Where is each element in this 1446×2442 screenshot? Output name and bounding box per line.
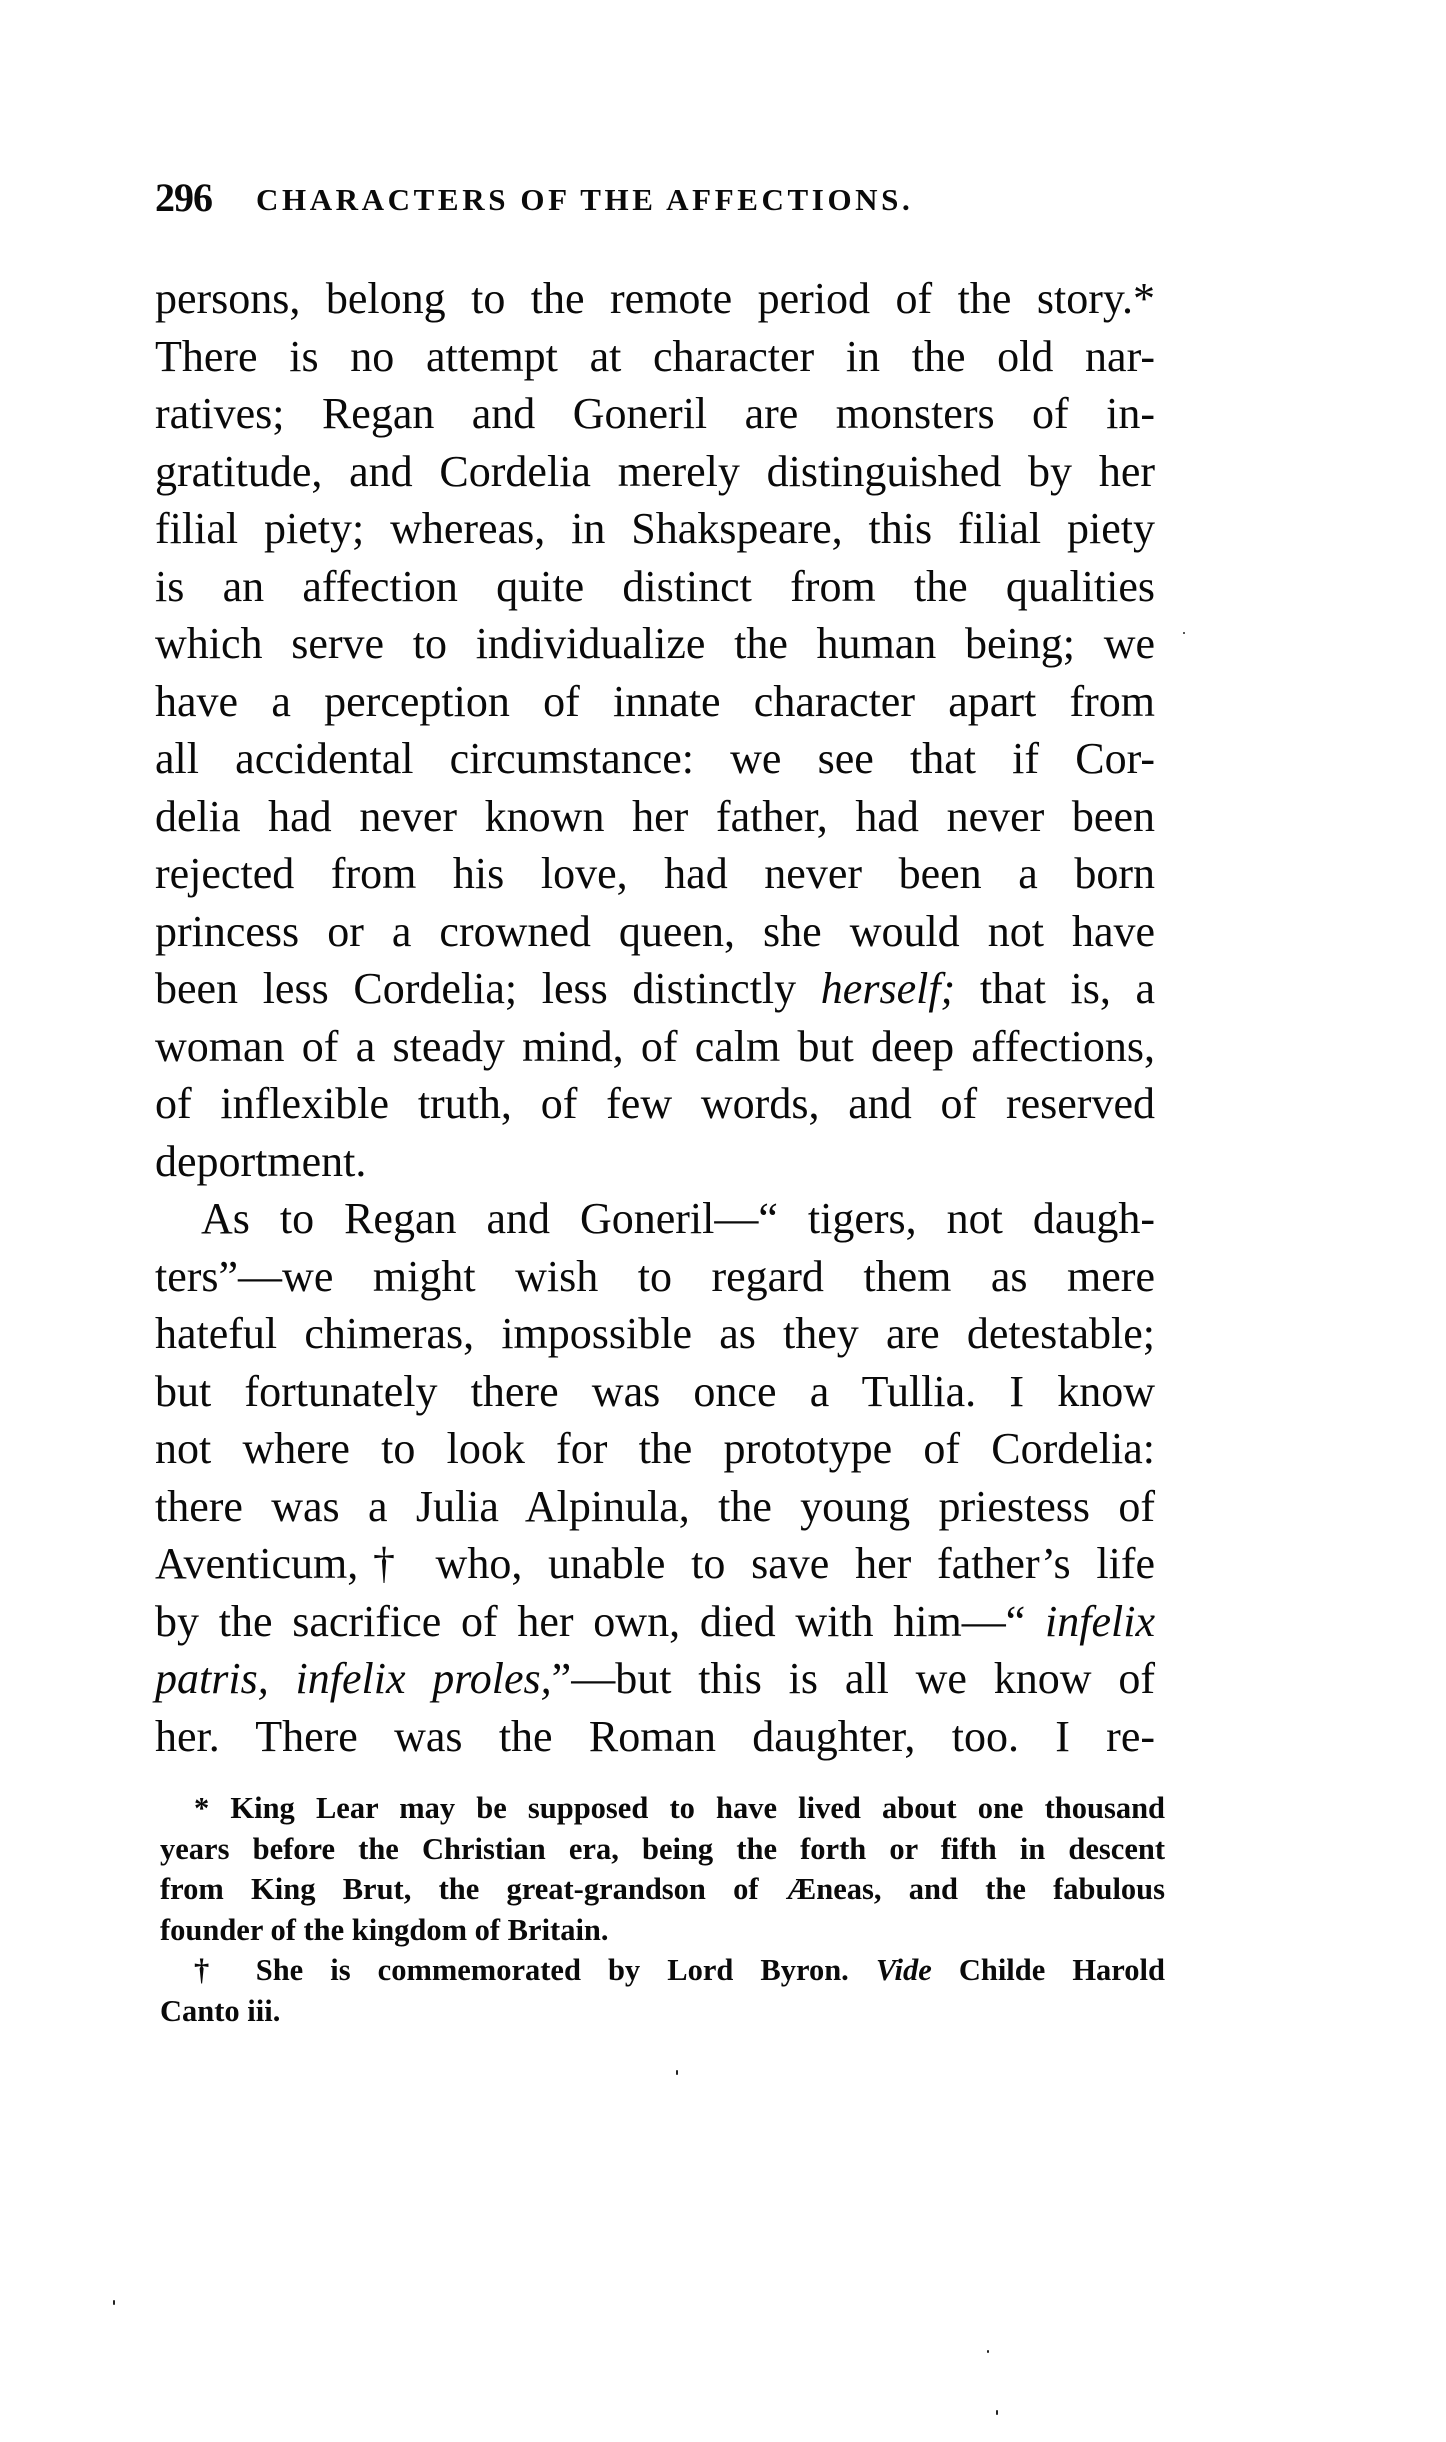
page-number: 296	[155, 176, 212, 220]
footnote-line: years before the Christian era, being th…	[160, 1829, 1165, 1870]
body-line: woman of a steady mind, of calm but deep…	[155, 1018, 1155, 1076]
latin-quotation: infelix	[1045, 1597, 1155, 1646]
body-line: but fortunately there was once a Tullia.…	[155, 1363, 1155, 1421]
body-line: by the sacrifice of her own, died with h…	[155, 1593, 1155, 1651]
body-line-paragraph-start: As to Regan and Goneril—“ tigers, not da…	[155, 1190, 1155, 1248]
body-line: been less Cordelia; less distinctly hers…	[155, 960, 1155, 1018]
body-line: there was a Julia Alpinula, the young pr…	[155, 1478, 1155, 1536]
body-line: patris, infelix proles,”—but this is all…	[155, 1650, 1155, 1708]
body-line: of inflexible truth, of few words, and o…	[155, 1075, 1155, 1133]
body-line: There is no attempt at character in the …	[155, 328, 1155, 386]
body-line: rejected from his love, had never been a…	[155, 845, 1155, 903]
footnote-dagger: † She is commemorated by Lord Byron. Vid…	[160, 1950, 1165, 1991]
body-line-paragraph-end: deportment.	[155, 1133, 1155, 1191]
body-line: her. There was the Roman daughter, too. …	[155, 1708, 1155, 1766]
running-head: 296 CHARACTERS OF THE AFFECTIONS.	[155, 176, 1155, 220]
italic-emphasis: herself;	[821, 964, 955, 1013]
running-title: CHARACTERS OF THE AFFECTIONS.	[256, 178, 913, 222]
body-text: persons, belong to the remote period of …	[155, 270, 1155, 1765]
body-line: persons, belong to the remote period of …	[155, 270, 1155, 328]
footnote-line: from King Brut, the great-grandson of Æn…	[160, 1869, 1165, 1910]
body-line: delia had never known her father, had ne…	[155, 788, 1155, 846]
body-line: princess or a crowned queen, she would n…	[155, 903, 1155, 961]
footnote-asterisk: * King Lear may be supposed to have live…	[160, 1788, 1165, 1829]
body-line: Aventicum,† who, unable to save her fath…	[155, 1535, 1155, 1593]
body-line: hateful chimeras, impossible as they are…	[155, 1305, 1155, 1363]
footnotes: * King Lear may be supposed to have live…	[160, 1788, 1165, 2031]
body-text-span: by the sacrifice of her own, died with h…	[155, 1597, 1045, 1646]
footnote-text-span: Childe Harold	[932, 1953, 1165, 1987]
book-page: 296 CHARACTERS OF THE AFFECTIONS. person…	[0, 0, 1446, 2442]
body-line: filial piety; whereas, in Shakspeare, th…	[155, 500, 1155, 558]
footnote-line: founder of the kingdom of Britain.	[160, 1910, 1165, 1951]
scan-speck	[1183, 632, 1185, 634]
body-line: ters”—we might wish to regard them as me…	[155, 1248, 1155, 1306]
scan-speck	[996, 2410, 998, 2415]
footnote-text-span: † She is commemorated by Lord Byron.	[194, 1953, 876, 1987]
body-line: which serve to individualize the human b…	[155, 615, 1155, 673]
body-line: not where to look for the prototype of C…	[155, 1420, 1155, 1478]
scan-speck	[113, 2300, 115, 2305]
body-line: is an affection quite distinct from the …	[155, 558, 1155, 616]
scan-speck	[676, 2070, 678, 2075]
body-text-span: ”—but this is all we know of	[552, 1654, 1155, 1703]
footnote-line: Canto iii.	[160, 1991, 1165, 2032]
scan-speck	[987, 2350, 989, 2353]
latin-quotation: patris, infelix proles,	[155, 1654, 552, 1703]
body-line: gratitude, and Cordelia merely distingui…	[155, 443, 1155, 501]
body-text-span: been less Cordelia; less distinctly	[155, 964, 821, 1013]
body-line: all accidental circumstance: we see that…	[155, 730, 1155, 788]
body-text-span: that is, a	[955, 964, 1155, 1013]
italic-emphasis: Vide	[876, 1953, 932, 1987]
body-line: have a perception of innate character ap…	[155, 673, 1155, 731]
body-line: ratives; Regan and Goneril are monsters …	[155, 385, 1155, 443]
